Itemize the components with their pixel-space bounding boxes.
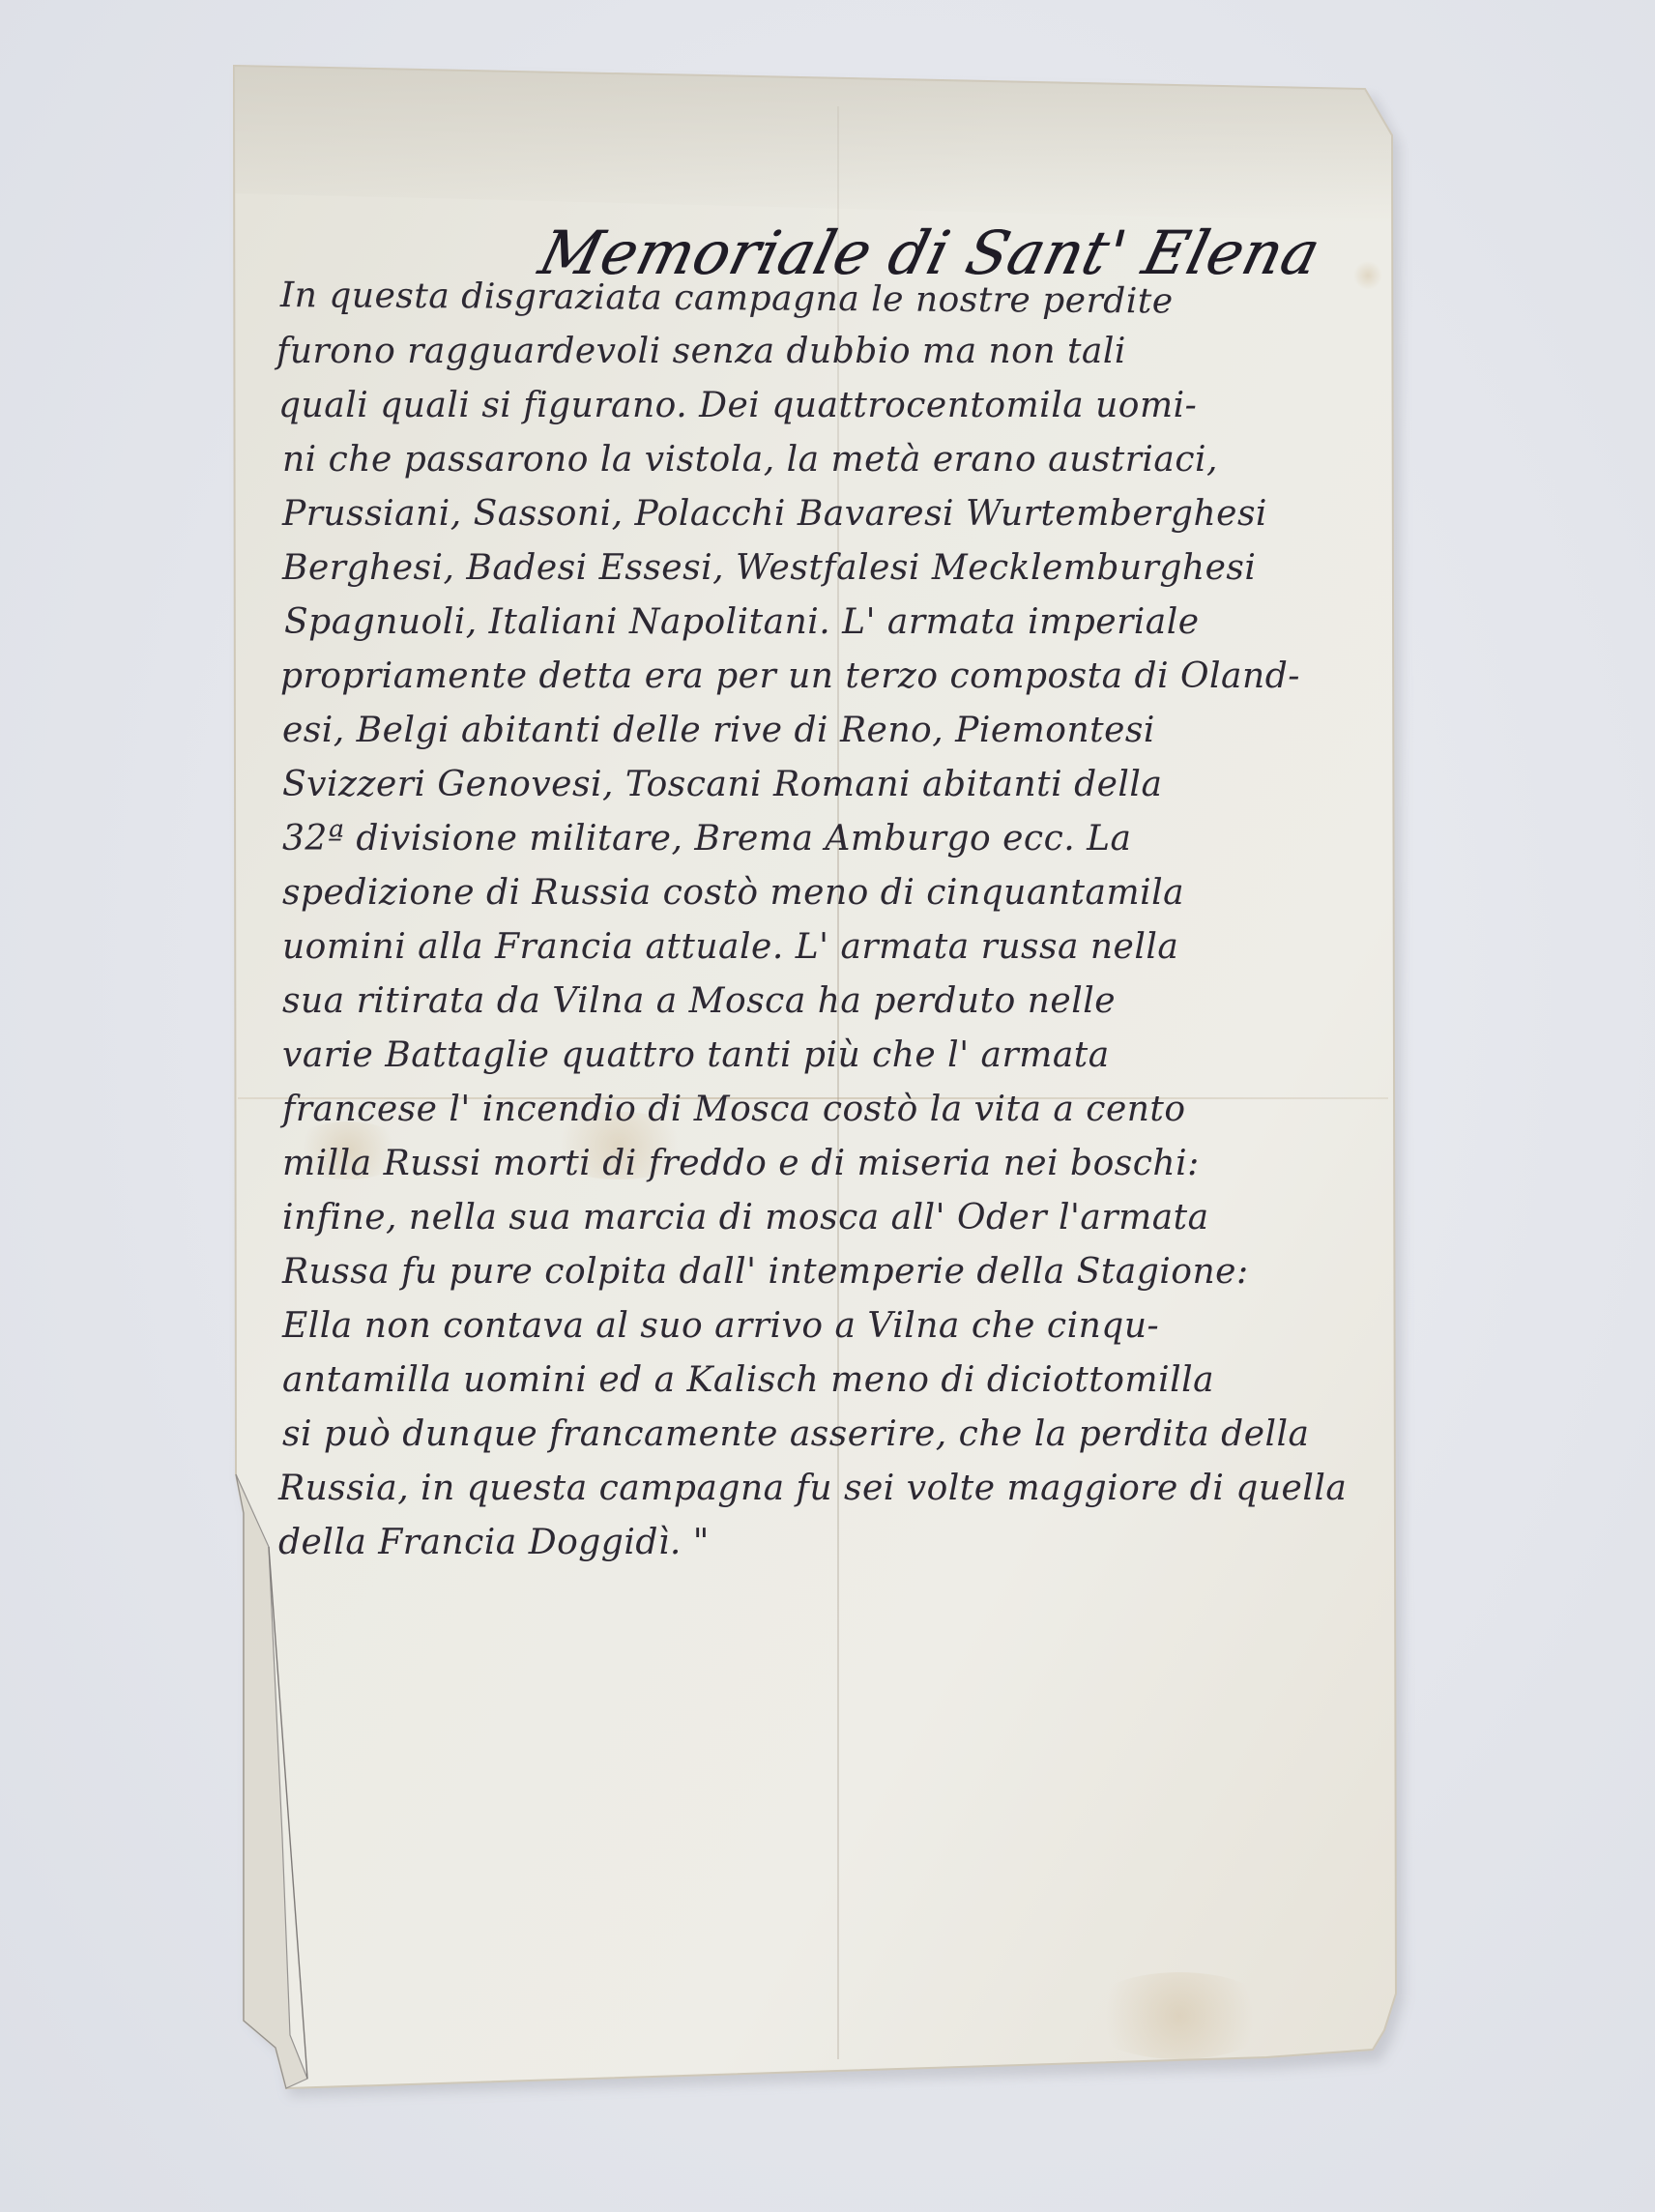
- manuscript-line: furono ragguardevoli senza dubbio ma non…: [276, 332, 1126, 371]
- foxing-stain: [1083, 1972, 1276, 2059]
- manuscript-line: francese l' incendio di Mosca costò la v…: [282, 1090, 1186, 1129]
- manuscript-line: si può dunque francamente asserire, che …: [282, 1414, 1310, 1454]
- manuscript-line: Svizzeri Genovesi, Toscani Romani abitan…: [282, 765, 1162, 804]
- manuscript-line: Spagnuoli, Italiani Napolitani. L' armat…: [284, 602, 1200, 642]
- manuscript-line: 32ª divisione militare, Brema Amburgo ec…: [282, 819, 1132, 859]
- manuscript-line: quali quali si figurano. Dei quattrocent…: [278, 386, 1197, 425]
- manuscript-line: ni che passarono la vistola, la metà era…: [282, 440, 1218, 480]
- manuscript-line: esi, Belgi abitanti delle rive di Reno, …: [282, 711, 1155, 750]
- manuscript-line: In questa disgraziata campagna le nostre…: [280, 276, 1174, 321]
- manuscript-line: della Francia Doggidì. ": [278, 1523, 710, 1562]
- manuscript-line: Berghesi, Badesi Essesi, Westfalesi Meck…: [282, 548, 1256, 588]
- manuscript-line: Ella non contava al suo arrivo a Vilna c…: [282, 1306, 1159, 1346]
- manuscript-line: Russa fu pure colpita dall' intemperie d…: [282, 1252, 1249, 1292]
- manuscript-line: spedizione di Russia costò meno di cinqu…: [282, 873, 1184, 913]
- manuscript-line: uomini alla Francia attuale. L' armata r…: [282, 927, 1178, 967]
- manuscript-line: sua ritirata da Vilna a Mosca ha perduto…: [282, 981, 1116, 1021]
- manuscript-line: antamilla uomini ed a Kalisch meno di di…: [282, 1360, 1214, 1400]
- manuscript-line: propriamente detta era per un terzo comp…: [280, 656, 1300, 696]
- manuscript-line: milla Russi morti di freddo e di miseria…: [282, 1144, 1200, 1183]
- manuscript-line: Russia, in questa campagna fu sei volte …: [278, 1469, 1347, 1508]
- manuscript-line: infine, nella sua marcia di mosca all' O…: [282, 1198, 1209, 1237]
- manuscript-line: varie Battaglie quattro tanti più che l'…: [282, 1035, 1110, 1075]
- manuscript-line: Prussiani, Sassoni, Polacchi Bavaresi Wu…: [282, 494, 1267, 534]
